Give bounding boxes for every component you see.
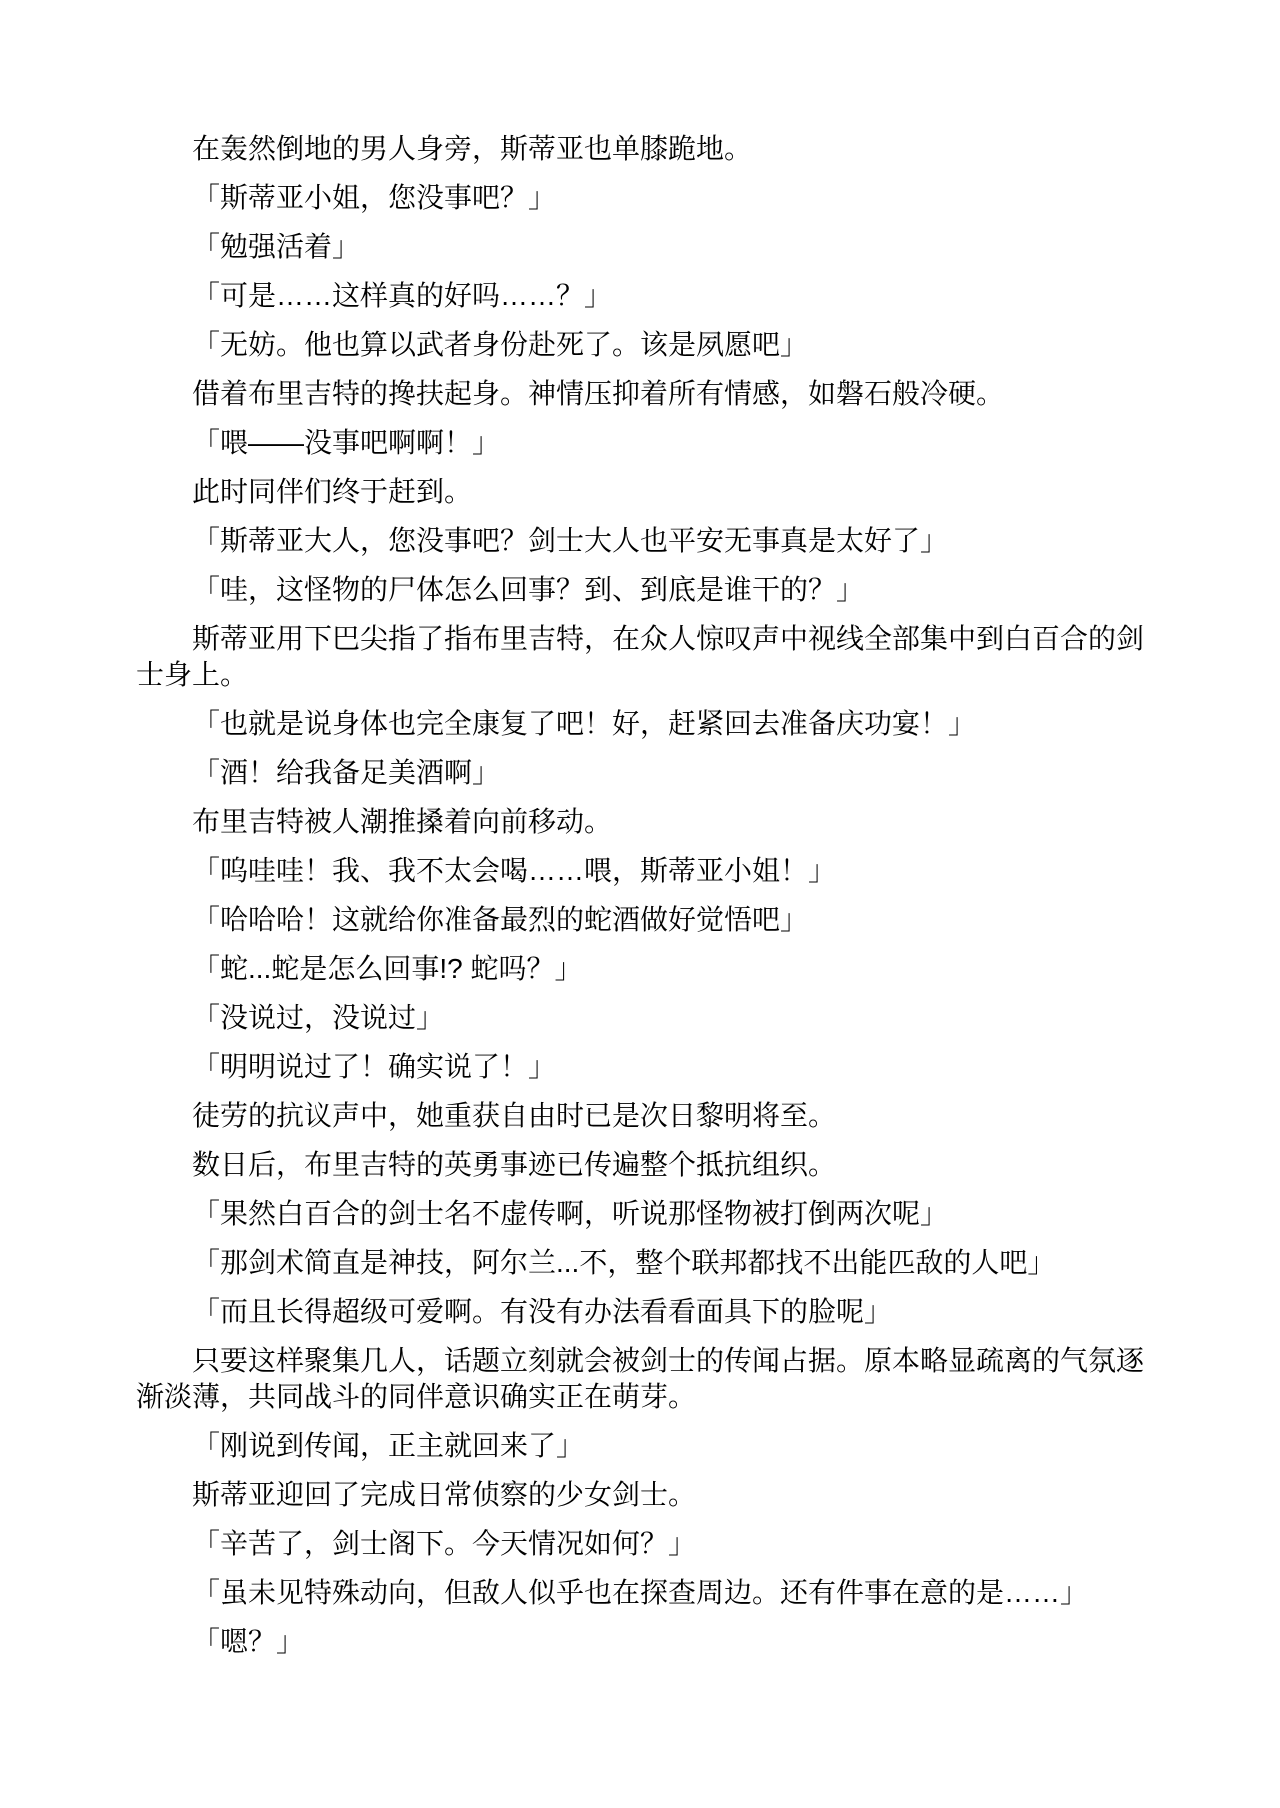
paragraph: 「刚说到传闻，正主就回来了」 bbox=[136, 1428, 1144, 1464]
paragraph: 「哇，这怪物的尸体怎么回事？到、到底是谁干的？」 bbox=[136, 572, 1144, 608]
paragraph: 「斯蒂亚小姐，您没事吧？」 bbox=[136, 180, 1144, 216]
paragraph: 「果然白百合的剑士名不虚传啊，听说那怪物被打倒两次呢」 bbox=[136, 1196, 1144, 1232]
paragraph: 「蛇...蛇是怎么回事!? 蛇吗？」 bbox=[136, 951, 1144, 987]
novel-reader-page: { "page": { "colors": { "background": "#… bbox=[0, 0, 1280, 1808]
paragraph: 「哈哈哈！这就给你准备最烈的蛇酒做好觉悟吧」 bbox=[136, 902, 1144, 938]
paragraph: 「辛苦了，剑士阁下。今天情况如何？」 bbox=[136, 1526, 1144, 1562]
paragraph: 「也就是说身体也完全康复了吧！好，赶紧回去准备庆功宴！」 bbox=[136, 706, 1144, 742]
paragraph: 布里吉特被人潮推搡着向前移动。 bbox=[136, 804, 1144, 840]
paragraph: 「没说过，没说过」 bbox=[136, 1000, 1144, 1036]
paragraph: 借着布里吉特的搀扶起身。神情压抑着所有情感，如磐石般冷硬。 bbox=[136, 376, 1144, 412]
paragraph: 「喂——没事吧啊啊！」 bbox=[136, 425, 1144, 461]
paragraph: 数日后，布里吉特的英勇事迹已传遍整个抵抗组织。 bbox=[136, 1147, 1144, 1183]
paragraph: 「明明说过了！确实说了！」 bbox=[136, 1049, 1144, 1085]
paragraph: 斯蒂亚迎回了完成日常侦察的少女剑士。 bbox=[136, 1477, 1144, 1513]
paragraph: 「酒！给我备足美酒啊」 bbox=[136, 755, 1144, 791]
paragraph: 此时同伴们终于赶到。 bbox=[136, 474, 1144, 510]
paragraph: 「无妨。他也算以武者身份赴死了。该是夙愿吧」 bbox=[136, 327, 1144, 363]
paragraph: 徒劳的抗议声中，她重获自由时已是次日黎明将至。 bbox=[136, 1098, 1144, 1134]
paragraph: 「勉强活着」 bbox=[136, 229, 1144, 265]
paragraph-container: 在轰然倒地的男人身旁，斯蒂亚也单膝跪地。「斯蒂亚小姐，您没事吧？」「勉强活着」「… bbox=[136, 131, 1144, 1660]
paragraph: 「斯蒂亚大人，您没事吧？剑士大人也平安无事真是太好了」 bbox=[136, 523, 1144, 559]
paragraph: 斯蒂亚用下巴尖指了指布里吉特，在众人惊叹声中视线全部集中到白百合的剑士身上。 bbox=[136, 621, 1144, 693]
paragraph: 「可是……这样真的好吗……？」 bbox=[136, 278, 1144, 314]
paragraph: 只要这样聚集几人，话题立刻就会被剑士的传闻占据。原本略显疏离的气氛逐渐淡薄，共同… bbox=[136, 1343, 1144, 1415]
paragraph: 「而且长得超级可爱啊。有没有办法看看面具下的脸呢」 bbox=[136, 1294, 1144, 1330]
novel-text-page: 在轰然倒地的男人身旁，斯蒂亚也单膝跪地。「斯蒂亚小姐，您没事吧？」「勉强活着」「… bbox=[0, 0, 1280, 1808]
paragraph: 「呜哇哇！我、我不太会喝……喂，斯蒂亚小姐！」 bbox=[136, 853, 1144, 889]
paragraph: 「嗯？」 bbox=[136, 1624, 1144, 1660]
paragraph: 「虽未见特殊动向，但敌人似乎也在探查周边。还有件事在意的是……」 bbox=[136, 1575, 1144, 1611]
paragraph: 「那剑术简直是神技，阿尔兰...不，整个联邦都找不出能匹敌的人吧」 bbox=[136, 1245, 1144, 1281]
paragraph: 在轰然倒地的男人身旁，斯蒂亚也单膝跪地。 bbox=[136, 131, 1144, 167]
